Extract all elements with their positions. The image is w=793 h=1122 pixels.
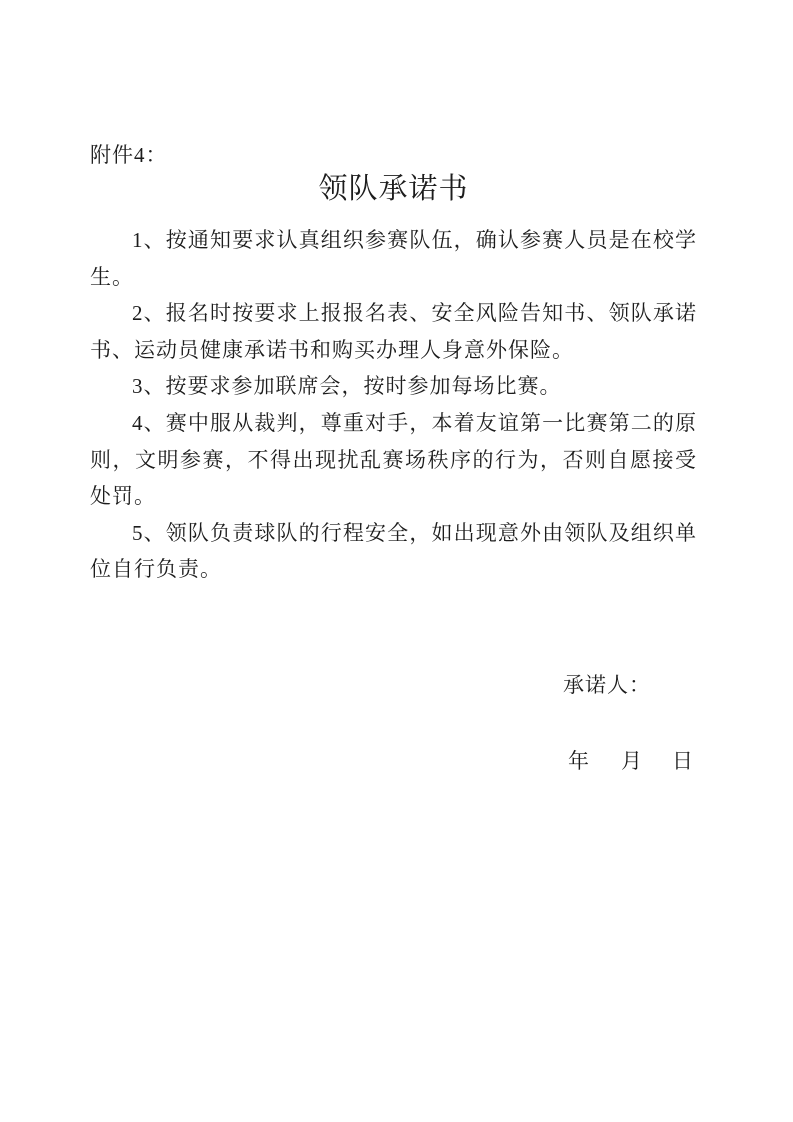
document-body: 1、按通知要求认真组织参赛队伍，确认参赛人员是在校学生。 2、报名时按要求上报报…: [90, 222, 697, 588]
clause-4: 4、赛中服从裁判，尊重对手，本着友谊第一比赛第二的原则，文明参赛，不得出现扰乱赛…: [90, 405, 697, 515]
document-page: 附件4： 领队承诺书 1、按通知要求认真组织参赛队伍，确认参赛人员是在校学生。 …: [0, 0, 793, 1122]
date-year-label: 年: [568, 749, 590, 773]
clause-3: 3、按要求参加联席会，按时参加每场比赛。: [90, 368, 697, 405]
clause-1: 1、按通知要求认真组织参赛队伍，确认参赛人员是在校学生。: [90, 222, 697, 295]
document-title: 领队承诺书: [90, 172, 697, 206]
clause-5: 5、领队负责球队的行程安全，如出现意外由领队及组织单位自行负责。: [90, 515, 697, 588]
clause-2: 2、报名时按要求上报报名表、安全风险告知书、领队承诺书、运动员健康承诺书和购买办…: [90, 295, 697, 368]
date-line: 年月日: [568, 743, 697, 780]
signature-block: 承诺人： 年月日: [90, 667, 697, 779]
date-day-label: 日: [672, 749, 694, 773]
date-month-label: 月: [621, 749, 643, 773]
promiser-label: 承诺人：: [563, 667, 697, 704]
attachment-label: 附件4：: [90, 140, 697, 170]
